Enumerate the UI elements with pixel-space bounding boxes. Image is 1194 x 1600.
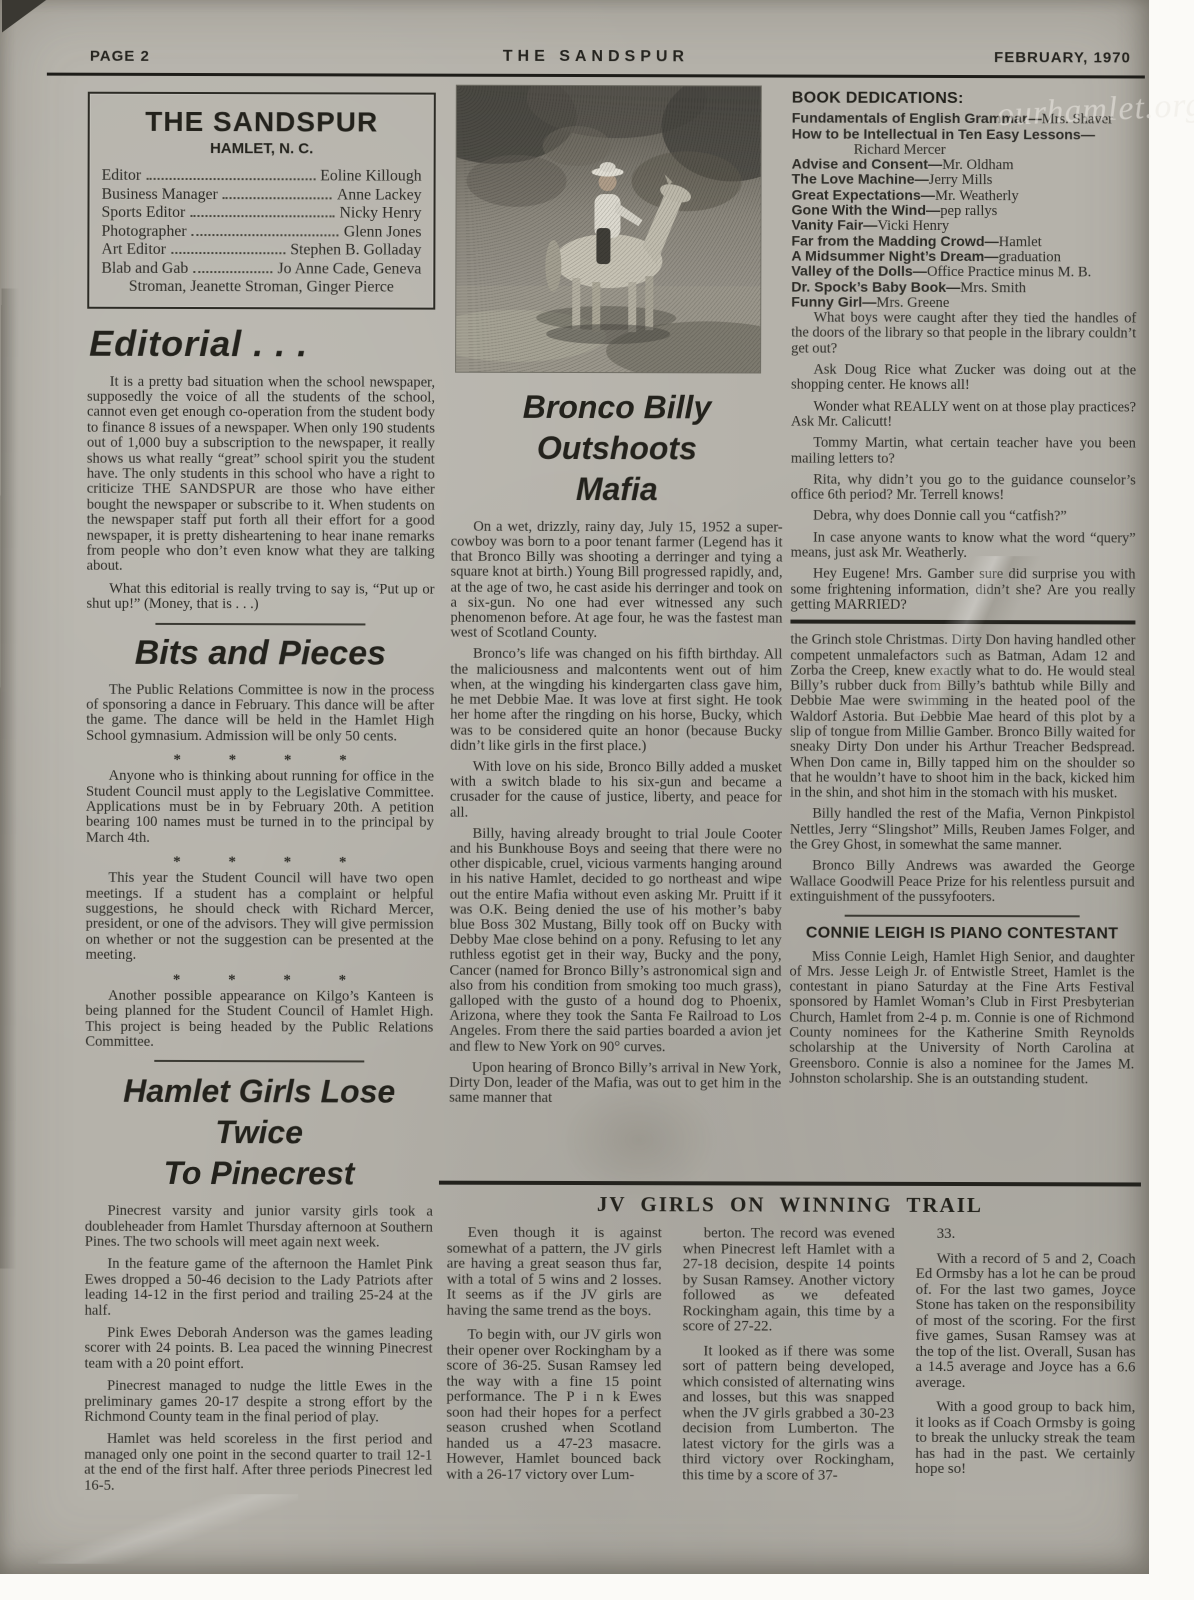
paragraph: Tommy Martin, what certain teacher have …: [791, 436, 1136, 467]
book-dedicatee: Vicki Henry: [877, 218, 949, 234]
paragraph: Hamlet was held scoreless in the first p…: [84, 1432, 432, 1495]
header-rule: [47, 73, 1145, 79]
book-dedicatee: Mr. Oldham: [942, 157, 1013, 173]
section-divider: [845, 915, 1080, 918]
book-dedicatee: Mrs. Smith: [960, 280, 1026, 296]
paragraph: With a good group to back him, it looks …: [915, 1400, 1135, 1478]
jv-heading: JV GIRLS ON WINNING TRAIL: [439, 1192, 1141, 1219]
book-title: How to be Intellectual in Ten Easy Lesso…: [792, 126, 1095, 143]
book-title: Gone With the Wind—: [791, 203, 940, 219]
paragraph: The Public Relations Committee is now in…: [86, 682, 434, 745]
book-dedicatee: Jerry Mills: [929, 172, 993, 188]
dotted-leader: [190, 215, 334, 217]
horse-rider-illustration: [456, 86, 761, 373]
staff-row: Sports Editor Nicky Henry: [101, 204, 421, 223]
paragraph: Pink Ewes Deborah Anderson was the games…: [84, 1326, 432, 1373]
torn-corner: [2, 0, 48, 33]
paragraph: In the feature game of the afternoon the…: [85, 1257, 433, 1320]
jv-column-1: Even though it is against somewhat of a …: [446, 1226, 662, 1493]
book-dedicatee: Mrs. Greene: [876, 295, 949, 311]
dotted-leader: [192, 233, 339, 235]
staff-name: Glenn Jones: [344, 223, 422, 242]
staff-role: Sports Editor: [101, 204, 185, 223]
heading-line: Hamlet Girls Lose Twice: [123, 1073, 395, 1150]
masthead-title: THE SANDSPUR: [102, 106, 422, 139]
book-dedicatee: Office Practice minus M. B.: [927, 264, 1091, 280]
staff-role: Business Manager: [102, 185, 218, 204]
newspaper-title: THE SANDSPUR: [47, 47, 1145, 68]
jv-section-rule: [439, 1181, 1141, 1187]
paragraph: Billy handled the rest of the Mafia, Ver…: [790, 807, 1135, 854]
editorial-heading: Editorial . . .: [89, 322, 435, 365]
page-header: PAGE 2 THE SANDSPUR FEBRUARY, 1970: [47, 45, 1145, 74]
paragraph: Bronco Billy Andrews was awarded the Geo…: [790, 859, 1135, 906]
bronco-heading: Bronco Billy Outshoots Mafia: [451, 387, 783, 511]
staff-row: Art Editor Stephen B. Golladay: [101, 241, 421, 260]
connie-body: Miss Connie Leigh, Hamlet High Senior, a…: [789, 949, 1134, 1088]
paragraph: Bronco’s life was changed on his fifth b…: [450, 647, 782, 754]
book-dedicatee: Richard Mercer: [854, 142, 946, 158]
center-column: Bronco Billy Outshoots Mafia On a wet, d…: [449, 85, 784, 1113]
bits-heading: Bits and Pieces: [86, 633, 434, 673]
bits-body: The Public Relations Committee is now in…: [85, 682, 434, 1051]
star-separator: * * * *: [85, 970, 433, 989]
newspaper-page: PAGE 2 THE SANDSPUR FEBRUARY, 1970 THE S…: [0, 0, 1149, 1574]
paragraph: It looked as if there was some sort of p…: [682, 1344, 894, 1484]
page-edge-shadow: [0, 288, 23, 1268]
book-dedicatee: graduation: [998, 249, 1060, 265]
paragraph: Rita, why didn’t you go to the guidance …: [791, 472, 1136, 503]
book-dedicatee: pep rallys: [940, 203, 997, 219]
paragraph: Even though it is against somewhat of a …: [447, 1226, 662, 1320]
jv-column-3: 33.With a record of 5 and 2, Coach Ed Or…: [915, 1227, 1136, 1494]
paragraph: With love on his side, Bronco Billy adde…: [450, 760, 782, 822]
section-divider: [155, 622, 365, 625]
staff-role: Photographer: [101, 222, 186, 241]
book-title: Fundamentals of English Grammar—: [792, 111, 1042, 128]
right-column: BOOK DEDICATIONS: Fundamentals of Englis…: [789, 91, 1137, 1094]
dotted-leader: [223, 197, 332, 199]
paragraph: Miss Connie Leigh, Hamlet High Senior, a…: [789, 949, 1134, 1088]
paragraph: What boys were caught after they tied th…: [791, 311, 1136, 358]
paragraph: In case anyone wants to know what the wo…: [791, 530, 1136, 561]
gossip-body: What boys were caught after they tied th…: [790, 311, 1136, 614]
book-title: Vanity Fair—: [791, 218, 877, 234]
book-dedications-list: Fundamentals of English Grammar—Mrs. Sha…: [791, 112, 1137, 312]
paragraph: It is a pretty bad situation when the sc…: [87, 374, 436, 575]
heading-line: Mafia: [576, 471, 658, 507]
paragraph: the Grinch stole Christmas. Dirty Don ha…: [790, 633, 1135, 802]
issue-date: FEBRUARY, 1970: [994, 49, 1131, 66]
staff-role: Blab and Gab: [101, 259, 188, 278]
book-title: Funny Girl—: [791, 294, 876, 310]
book-title: Dr. Spock’s Baby Book—: [791, 279, 960, 295]
heading-line: To Pinecrest: [164, 1155, 355, 1191]
book-title: A Midsummer Night’s Dream—: [791, 249, 998, 266]
book-title: Far from the Madding Crowd—: [791, 233, 998, 250]
star-separator: * * * *: [86, 751, 434, 770]
dotted-leader: [146, 178, 315, 180]
connie-heading: CONNIE LEIGH IS PIANO CONTESTANT: [790, 926, 1135, 942]
paragraph: Ask Doug Rice what Zucker was doing out …: [791, 363, 1136, 394]
column-rule: [790, 620, 1135, 625]
staff-name: Stephen B. Golladay: [290, 241, 421, 260]
book-title: Advise and Consent—: [792, 157, 943, 173]
jv-article: Even though it is against somewhat of a …: [446, 1226, 1139, 1494]
bronco-continuation: the Grinch stole Christmas. Dirty Don ha…: [790, 633, 1136, 906]
masthead-box: THE SANDSPUR HAMLET, N. C. Editor Eoline…: [87, 92, 436, 309]
book-dedicatee: Hamlet: [999, 234, 1042, 250]
staff-role: Editor: [102, 167, 142, 186]
staff-name: Anne Lackey: [337, 186, 422, 205]
staff-name: Jo Anne Cade, Geneva: [277, 260, 421, 279]
jv-column-2: berton. The record was evened when Pinec…: [682, 1226, 895, 1493]
book-title: Great Expectations—: [792, 187, 936, 203]
staff-role: Art Editor: [101, 241, 166, 260]
paragraph: Wonder what REALLY went on at those play…: [791, 399, 1136, 430]
staff-name: Nicky Henry: [339, 204, 421, 223]
dotted-leader: [171, 252, 285, 254]
book-dedicatee: Mr. Weatherly: [935, 188, 1019, 204]
paragraph: berton. The record was evened when Pinec…: [683, 1226, 895, 1335]
paragraph: To begin with, our JV girls won their op…: [446, 1328, 661, 1484]
book-title: The Love Machine—: [792, 172, 929, 188]
paragraph: Pinecrest varsity and junior varsity gir…: [85, 1204, 433, 1251]
left-column: THE SANDSPUR HAMLET, N. C. Editor Eoline…: [84, 92, 436, 1502]
hamlet-girls-heading: Hamlet Girls Lose Twice To Pinecrest: [85, 1071, 433, 1195]
fold-crease: [38, 1494, 298, 1565]
dotted-leader: [193, 271, 272, 273]
staff-row: Blab and Gab Jo Anne Cade, Geneva: [101, 259, 421, 278]
book-dedicatee: Mrs. Shaver: [1042, 112, 1113, 128]
book-dedications-heading: BOOK DEDICATIONS:: [792, 91, 1137, 107]
paragraph: 33.: [916, 1227, 1136, 1243]
staff-name: Eoline Killough: [320, 167, 421, 186]
paragraph: Billy, having already brought to trial J…: [449, 826, 782, 1055]
paragraph: On a wet, drizzly, rainy day, July 15, 1…: [450, 520, 782, 642]
paragraph: Debra, why does Donnie call you “catfish…: [791, 509, 1136, 525]
horse-rider-photo: [455, 85, 762, 374]
section-divider: [154, 1060, 364, 1063]
bronco-body: On a wet, drizzly, rainy day, July 15, 1…: [449, 520, 783, 1107]
book-title: Valley of the Dolls—: [791, 264, 927, 280]
staff-name: Stroman, Jeanette Stroman, Ginger Pierce: [129, 278, 394, 297]
paragraph: Anyone who is thinking about running for…: [86, 769, 434, 847]
paragraph: What this editorial is really trving to …: [86, 582, 434, 614]
paragraph: Hey Eugene! Mrs. Gamber sure did surpris…: [790, 567, 1135, 614]
staff-row: Business Manager Anne Lackey: [102, 185, 422, 204]
paragraph: This year the Student Council will have …: [86, 871, 434, 964]
staff-row: Stroman, Jeanette Stroman, Ginger Pierce: [101, 278, 421, 297]
heading-line: Bronco Billy Outshoots: [523, 389, 712, 466]
editorial-body: It is a pretty bad situation when the sc…: [86, 374, 435, 613]
staff-list: Editor Eoline Killough Business Manager …: [101, 167, 421, 297]
book-dedication: How to be Intellectual in Ten Easy Lesso…: [792, 127, 1137, 143]
masthead-location: HAMLET, N. C.: [102, 140, 422, 158]
staff-row: Photographer Glenn Jones: [101, 222, 421, 241]
staff-row: Editor Eoline Killough: [102, 167, 422, 186]
star-separator: * * * *: [86, 853, 434, 872]
paragraph: Upon hearing of Bronco Billy’s arrival i…: [449, 1060, 781, 1106]
paragraph: Pinecrest managed to nudge the little Ew…: [84, 1379, 432, 1426]
paragraph: With a record of 5 and 2, Coach Ed Ormsb…: [915, 1251, 1135, 1391]
paragraph: Another possible appearance on Kilgo’s K…: [85, 988, 433, 1051]
hamlet-girls-body: Pinecrest varsity and junior varsity gir…: [84, 1204, 433, 1495]
